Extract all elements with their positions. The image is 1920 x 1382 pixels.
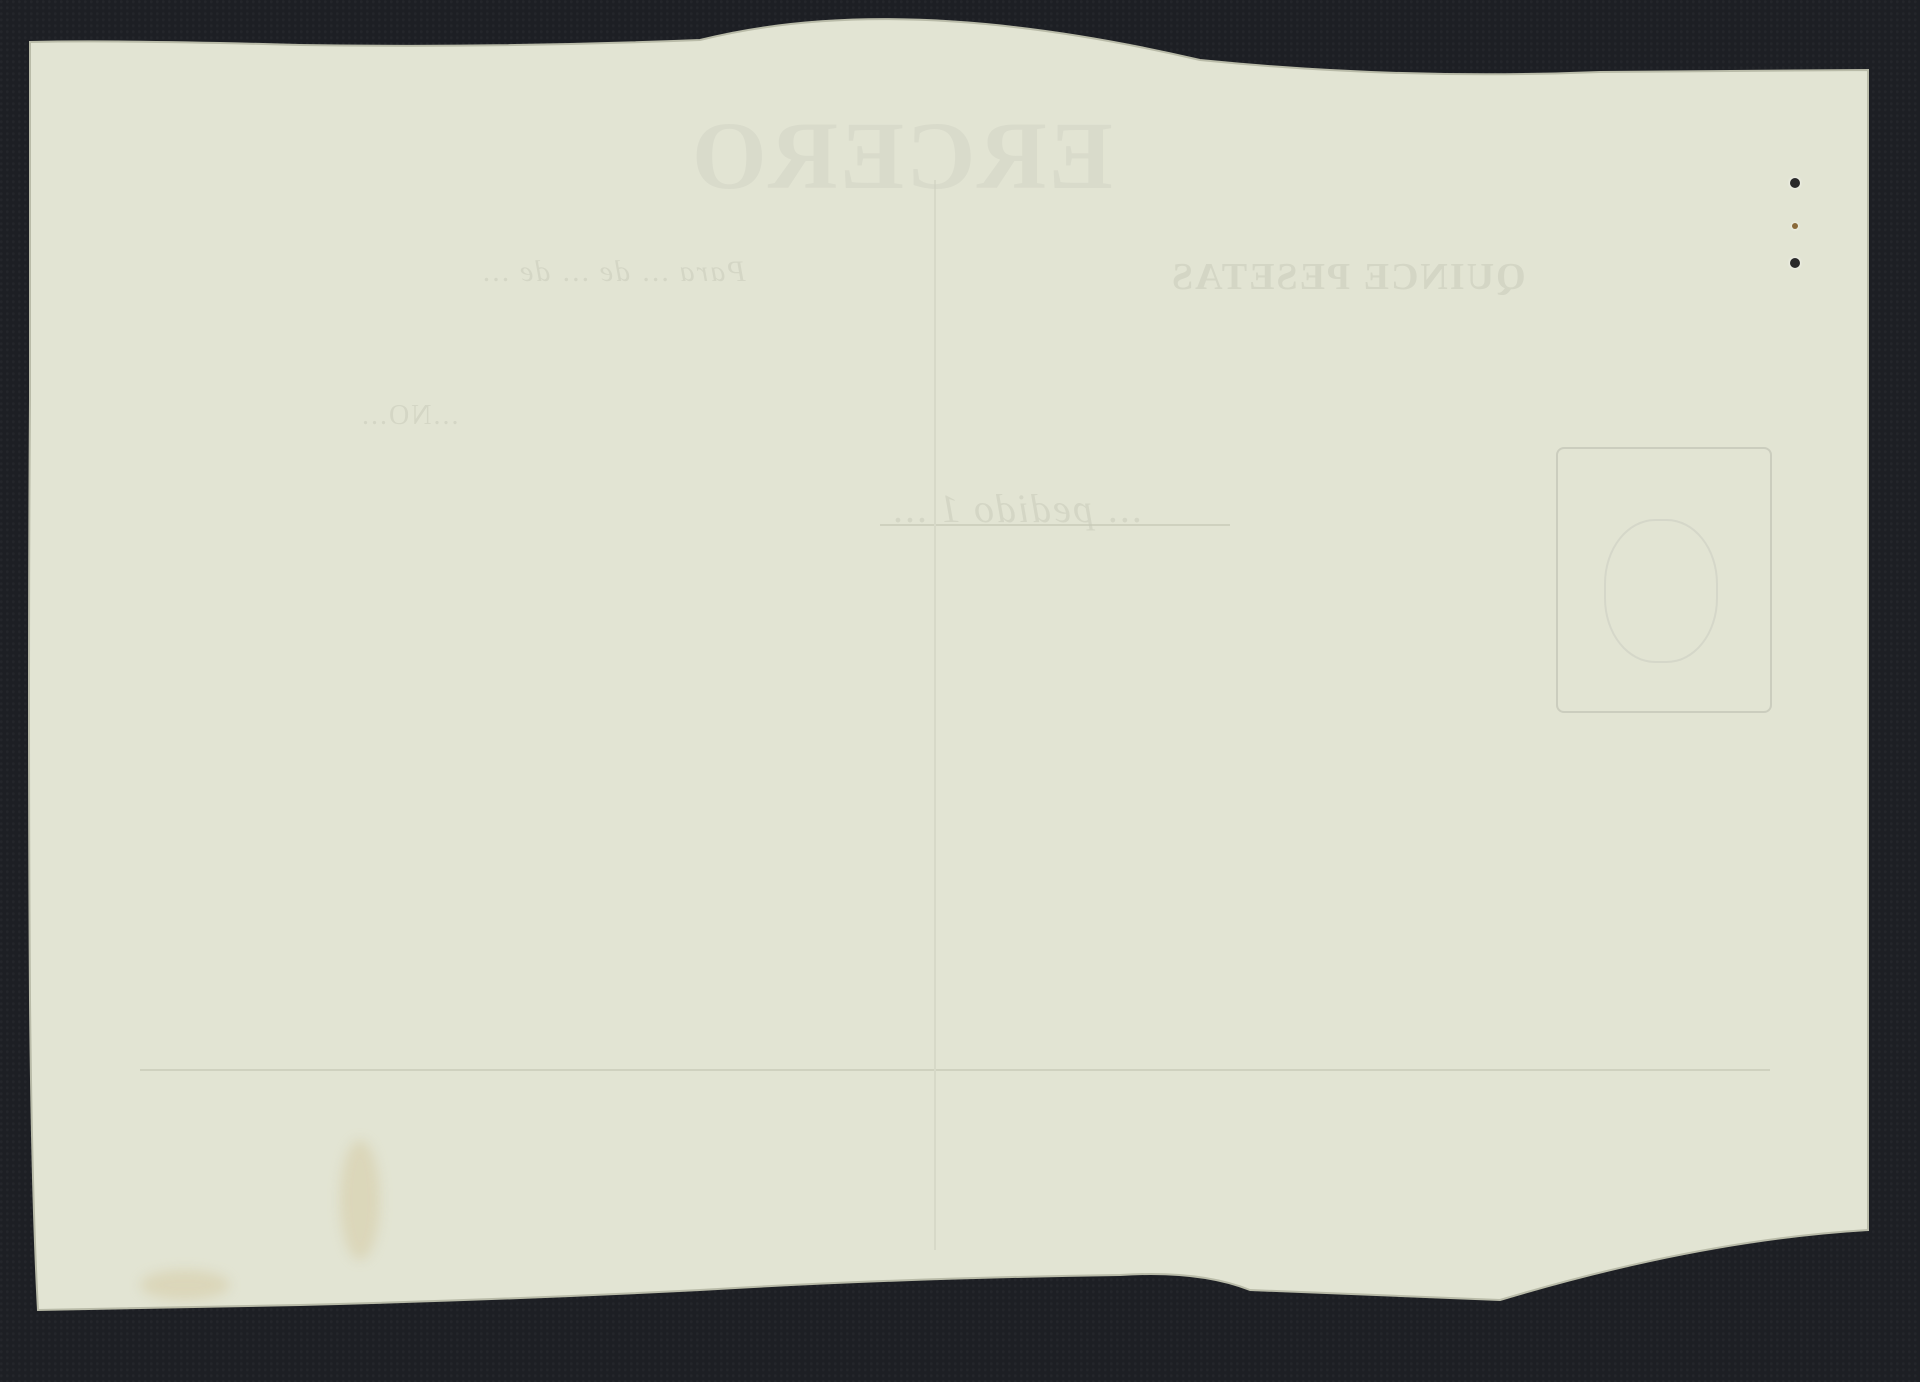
binding-holes: [1788, 178, 1802, 278]
hole-icon: [1792, 223, 1798, 229]
hole-icon: [1790, 178, 1800, 188]
stain: [140, 1270, 230, 1300]
hole-icon: [1790, 258, 1800, 268]
show-through-number: ...NO...: [360, 400, 458, 432]
stain: [340, 1140, 380, 1260]
embossed-seal: [1556, 447, 1772, 713]
show-through-amount: QUINCE PESETAS: [1170, 255, 1526, 299]
show-through-header: ERCERO: [690, 100, 1113, 211]
show-through-pedido: ... pedido 1 ...: [890, 485, 1141, 532]
show-through-line: Para ... de ... de ...: [480, 255, 746, 289]
seal-crest-icon: [1604, 519, 1718, 663]
